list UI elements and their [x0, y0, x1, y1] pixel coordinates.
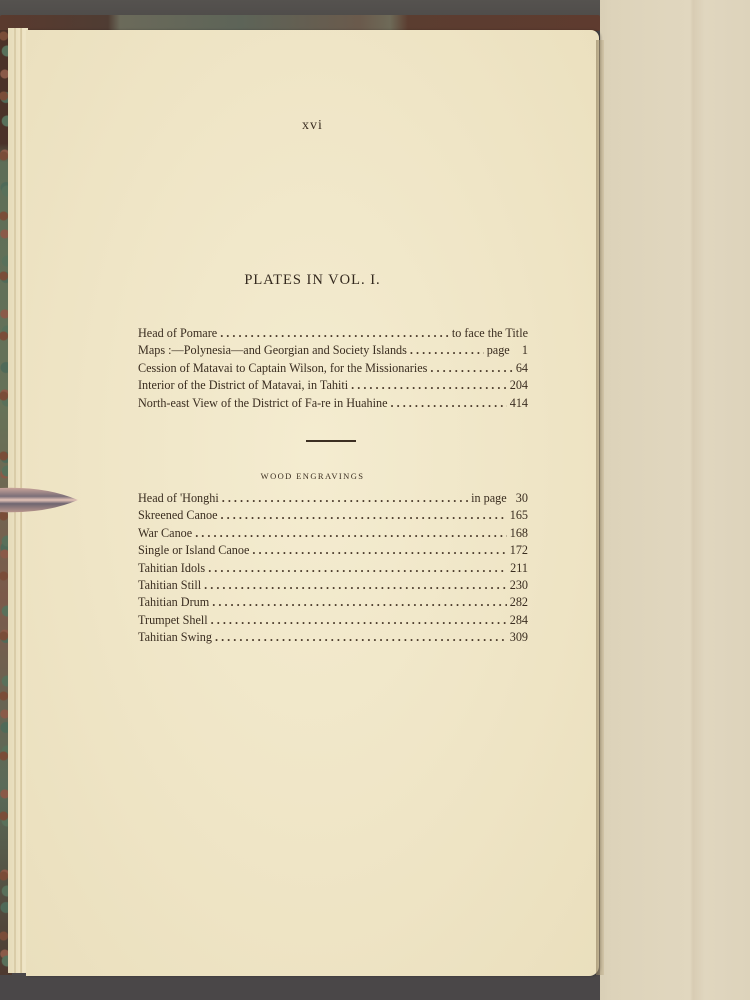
item-ref: 165	[510, 508, 528, 523]
page-title: PLATES IN VOL. I.	[26, 272, 599, 289]
dot-leader	[220, 326, 449, 341]
item-label: Head of 'Honghi	[138, 491, 219, 506]
item-ref: in page 30	[471, 491, 528, 506]
item-ref: 172	[510, 543, 528, 558]
dot-leader	[215, 630, 507, 645]
dot-leader	[208, 561, 507, 576]
item-label: Single or Island Canoe	[138, 543, 249, 558]
section-heading: WOOD ENGRAVINGS	[26, 471, 599, 481]
facing-page	[600, 0, 750, 1000]
dot-leader	[204, 578, 507, 593]
list-item: Single or Island Canoe172	[138, 543, 528, 560]
list-item: North-east View of the District of Fa-re…	[138, 396, 528, 413]
item-ref: 64	[516, 361, 528, 376]
item-ref: 414	[510, 396, 528, 411]
dot-leader	[221, 508, 507, 523]
page-marker-icon	[0, 482, 80, 518]
item-label: North-east View of the District of Fa-re…	[138, 396, 388, 411]
plates-list: Head of Pomareto face the Title Maps :—P…	[138, 326, 528, 413]
item-label: Head of Pomare	[138, 326, 217, 341]
dot-leader	[211, 613, 507, 628]
list-item: Maps :—Polynesia—and Georgian and Societ…	[138, 343, 528, 360]
list-item: Tahitian Idols211	[138, 561, 528, 578]
dot-leader	[252, 543, 506, 558]
item-ref: to face the Title	[452, 326, 528, 341]
item-ref: 309	[510, 630, 528, 645]
section-divider	[306, 440, 356, 442]
item-ref: 282	[510, 595, 528, 610]
item-label: Skreened Canoe	[138, 508, 218, 523]
item-ref: 284	[510, 613, 528, 628]
dot-leader	[391, 396, 507, 411]
list-item: Tahitian Drum282	[138, 595, 528, 612]
list-item: Tahitian Swing309	[138, 630, 528, 647]
dot-leader	[430, 361, 512, 376]
item-label: War Canoe	[138, 526, 192, 541]
list-item: Head of Pomareto face the Title	[138, 326, 528, 343]
item-label: Maps :—Polynesia—and Georgian and Societ…	[138, 343, 407, 358]
list-item: Trumpet Shell284	[138, 613, 528, 630]
dot-leader	[222, 491, 468, 506]
item-label: Tahitian Idols	[138, 561, 205, 576]
dot-leader	[212, 595, 506, 610]
item-label: Trumpet Shell	[138, 613, 208, 628]
item-label: Tahitian Still	[138, 578, 201, 593]
dot-leader	[410, 343, 484, 358]
item-ref: 230	[510, 578, 528, 593]
item-ref: 168	[510, 526, 528, 541]
item-ref: page 1	[487, 343, 528, 358]
item-ref: 211	[510, 561, 528, 576]
list-item: Skreened Canoe165	[138, 508, 528, 525]
list-item: War Canoe168	[138, 526, 528, 543]
item-label: Tahitian Drum	[138, 595, 209, 610]
page-number: xvi	[26, 118, 599, 134]
list-item: Cession of Matavai to Captain Wilson, fo…	[138, 361, 528, 378]
dot-leader	[351, 378, 507, 393]
item-label: Tahitian Swing	[138, 630, 212, 645]
dot-leader	[195, 526, 507, 541]
book-page: xvi PLATES IN VOL. I. Head of Pomareto f…	[26, 30, 599, 976]
page-gutter-shadow	[596, 40, 604, 975]
list-item: Head of 'Honghiin page 30	[138, 491, 528, 508]
book-top-edge	[0, 15, 600, 31]
list-item: Interior of the District of Matavai, in …	[138, 378, 528, 395]
wood-engravings-list: Head of 'Honghiin page 30 Skreened Canoe…	[138, 491, 528, 648]
item-label: Interior of the District of Matavai, in …	[138, 378, 348, 393]
item-ref: 204	[510, 378, 528, 393]
item-label: Cession of Matavai to Captain Wilson, fo…	[138, 361, 427, 376]
list-item: Tahitian Still230	[138, 578, 528, 595]
